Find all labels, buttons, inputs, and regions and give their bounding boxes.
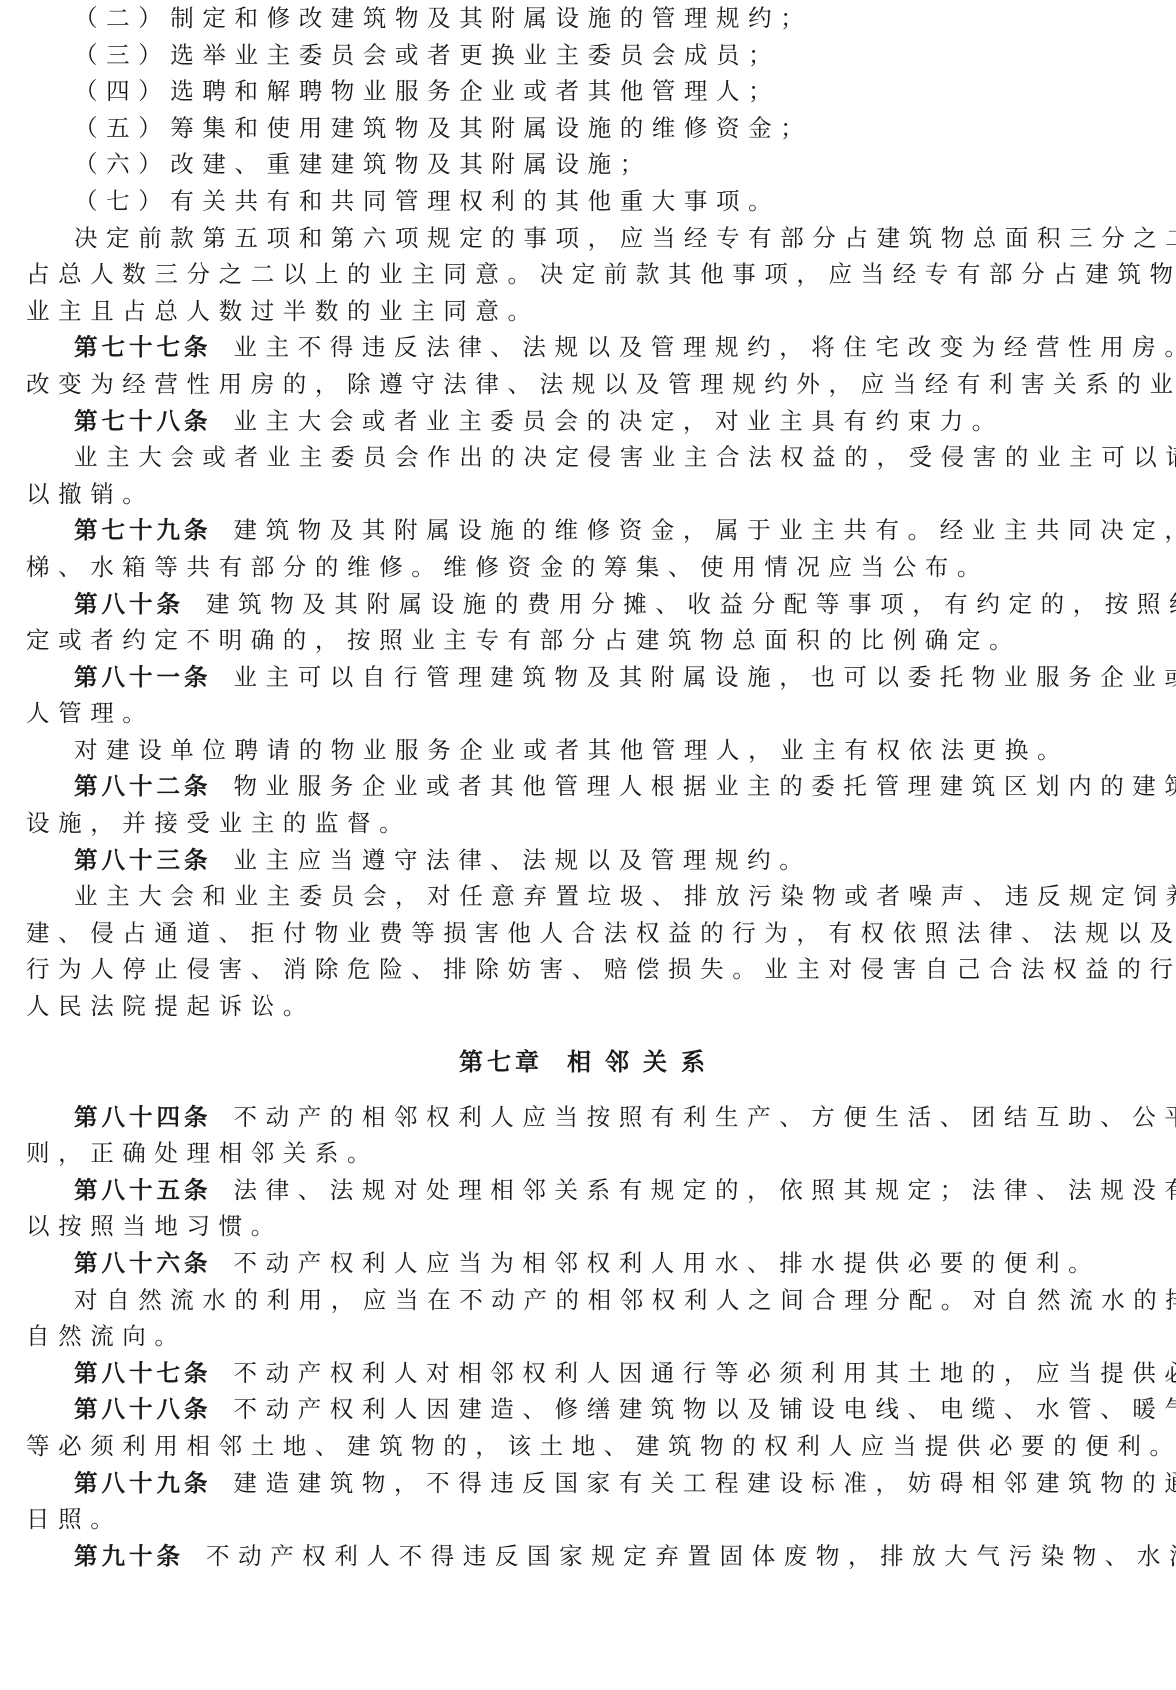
paragraph-line: 占总人数三分之二以上的业主同意。决定前款其他事项，应当经专有部分占建筑物总面积过… (26, 256, 1152, 293)
paragraph-line: 对建设单位聘请的物业服务企业或者其他管理人，业主有权依法更换。 (26, 732, 1152, 769)
chapter-title: 相邻关系 (567, 1048, 719, 1076)
paragraph-line: 以撤销。 (26, 476, 1152, 513)
list-item: （四）选聘和解聘物业服务企业或者其他管理人； (26, 73, 1152, 110)
paragraph-line: 定或者约定不明确的，按照业主专有部分占建筑物总面积的比例确定。 (26, 622, 1152, 659)
article-89-line: 第八十九条建造建筑物，不得违反国家有关工程建设标准，妨碍相邻建筑物的通风、采光和 (26, 1465, 1152, 1502)
article-83-line: 第八十三条业主应当遵守法律、法规以及管理规约。 (26, 842, 1152, 879)
paragraph-line: 对自然流水的利用，应当在不动产的相邻权利人之间合理分配。对自然流水的排放，应当尊… (26, 1282, 1152, 1319)
paragraph-line: 日照。 (26, 1501, 1152, 1538)
article-label: 第八十一条 (74, 663, 212, 691)
article-label: 第八十九条 (74, 1469, 212, 1497)
list-item: （二）制定和修改建筑物及其附属设施的管理规约； (26, 0, 1152, 37)
paragraph-line: 则，正确处理相邻关系。 (26, 1135, 1152, 1172)
paragraph-line: 决定前款第五项和第六项规定的事项，应当经专有部分占建筑物总面积三分之二以上的业主… (26, 220, 1152, 257)
article-87-line: 第八十七条不动产权利人对相邻权利人因通行等必须利用其土地的，应当提供必要的便利。 (26, 1355, 1152, 1392)
article-85-line: 第八十五条法律、法规对处理相邻关系有规定的，依照其规定；法律、法规没有规定的，可 (26, 1172, 1152, 1209)
list-item: （五）筹集和使用建筑物及其附属设施的维修资金； (26, 110, 1152, 147)
article-label: 第八十条 (74, 590, 184, 618)
chapter-heading: 第七章相邻关系 (26, 1025, 1152, 1099)
article-label: 第八十三条 (74, 846, 212, 874)
paragraph-line: 人民法院提起诉讼。 (26, 988, 1152, 1025)
paragraph-line: 业主大会或者业主委员会作出的决定侵害业主合法权益的，受侵害的业主可以请求人民法院… (26, 439, 1152, 476)
article-84-line: 第八十四条不动产的相邻权利人应当按照有利生产、方便生活、团结互助、公平合理的原 (26, 1099, 1152, 1136)
article-label: 第七十八条 (74, 407, 212, 435)
paragraph-line: 建、侵占通道、拒付物业费等损害他人合法权益的行为，有权依照法律、法规以及管理规约… (26, 915, 1152, 952)
article-78-line: 第七十八条业主大会或者业主委员会的决定，对业主具有约束力。 (26, 403, 1152, 440)
paragraph-line: 人管理。 (26, 695, 1152, 732)
paragraph-line: 改变为经营性用房的，除遵守法律、法规以及管理规约外，应当经有利害关系的业主同意。 (26, 366, 1152, 403)
article-label: 第八十五条 (74, 1176, 212, 1204)
article-80-line: 第八十条建筑物及其附属设施的费用分摊、收益分配等事项，有约定的，按照约定；没有约 (26, 586, 1152, 623)
article-label: 第九十条 (74, 1542, 184, 1570)
paragraph-line: 以按照当地习惯。 (26, 1208, 1152, 1245)
article-label: 第七十九条 (74, 516, 212, 544)
document-page: （二）制定和修改建筑物及其附属设施的管理规约； （三）选举业主委员会或者更换业主… (26, 0, 1152, 1574)
list-item: （七）有关共有和共同管理权利的其他重大事项。 (26, 183, 1152, 220)
article-79-line: 第七十九条建筑物及其附属设施的维修资金，属于业主共有。经业主共同决定，可以用于电 (26, 512, 1152, 549)
paragraph-line: 业主且占总人数过半数的业主同意。 (26, 293, 1152, 330)
list-item: （六）改建、重建建筑物及其附属设施； (26, 146, 1152, 183)
article-label: 第八十七条 (74, 1359, 212, 1387)
paragraph-line: 业主大会和业主委员会，对任意弃置垃圾、排放污染物或者噪声、违反规定饲养动物、违章… (26, 878, 1152, 915)
paragraph-line: 等必须利用相邻土地、建筑物的，该土地、建筑物的权利人应当提供必要的便利。 (26, 1428, 1152, 1465)
article-81-line: 第八十一条业主可以自行管理建筑物及其附属设施，也可以委托物业服务企业或者其他管理 (26, 659, 1152, 696)
article-82-line: 第八十二条物业服务企业或者其他管理人根据业主的委托管理建筑区划内的建筑物及其附属 (26, 768, 1152, 805)
article-77-line: 第七十七条业主不得违反法律、法规以及管理规约，将住宅改变为经营性用房。业主将住宅 (26, 329, 1152, 366)
article-86-line: 第八十六条不动产权利人应当为相邻权利人用水、排水提供必要的便利。 (26, 1245, 1152, 1282)
article-90-line: 第九十条不动产权利人不得违反国家规定弃置固体废物，排放大气污染物、水污染物、噪 (26, 1538, 1152, 1575)
article-label: 第八十八条 (74, 1395, 212, 1423)
paragraph-line: 设施，并接受业主的监督。 (26, 805, 1152, 842)
article-label: 第八十二条 (74, 772, 212, 800)
article-label: 第七十七条 (74, 333, 212, 361)
article-88-line: 第八十八条不动产权利人因建造、修缮建筑物以及铺设电线、电缆、水管、暖气和燃气管线 (26, 1391, 1152, 1428)
paragraph-line: 行为人停止侵害、消除危险、排除妨害、赔偿损失。业主对侵害自己合法权益的行为，可以… (26, 951, 1152, 988)
paragraph-line: 自然流向。 (26, 1318, 1152, 1355)
article-label: 第八十四条 (74, 1103, 212, 1131)
article-label: 第八十六条 (74, 1249, 212, 1277)
paragraph-line: 梯、水箱等共有部分的维修。维修资金的筹集、使用情况应当公布。 (26, 549, 1152, 586)
chapter-number: 第七章 (459, 1048, 543, 1076)
list-item: （三）选举业主委员会或者更换业主委员会成员； (26, 37, 1152, 74)
